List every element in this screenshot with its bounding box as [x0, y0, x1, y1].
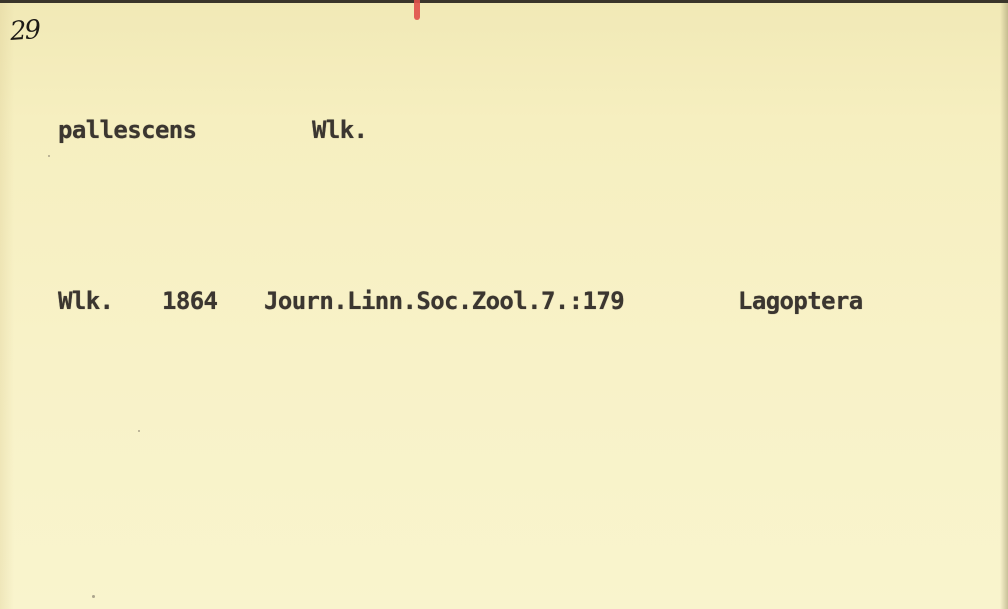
paper-speck [92, 595, 95, 598]
species-name: pallescens [58, 116, 197, 144]
species-author: Wlk. [312, 116, 367, 144]
index-card: 29 pallescens Wlk. Wlk. 1864 Journ.Linn.… [0, 0, 1008, 609]
paper-speck [48, 155, 50, 157]
reference-author: Wlk. [58, 287, 113, 315]
red-tab-marker [414, 0, 420, 20]
reference-citation: Journ.Linn.Soc.Zool.7.:179 [264, 287, 624, 315]
reference-year: 1864 [162, 287, 217, 315]
card-top-edge [0, 0, 1008, 3]
handwritten-card-number: 29 [9, 15, 40, 47]
reference-genus: Lagoptera [738, 287, 863, 315]
paper-speck [138, 430, 140, 432]
